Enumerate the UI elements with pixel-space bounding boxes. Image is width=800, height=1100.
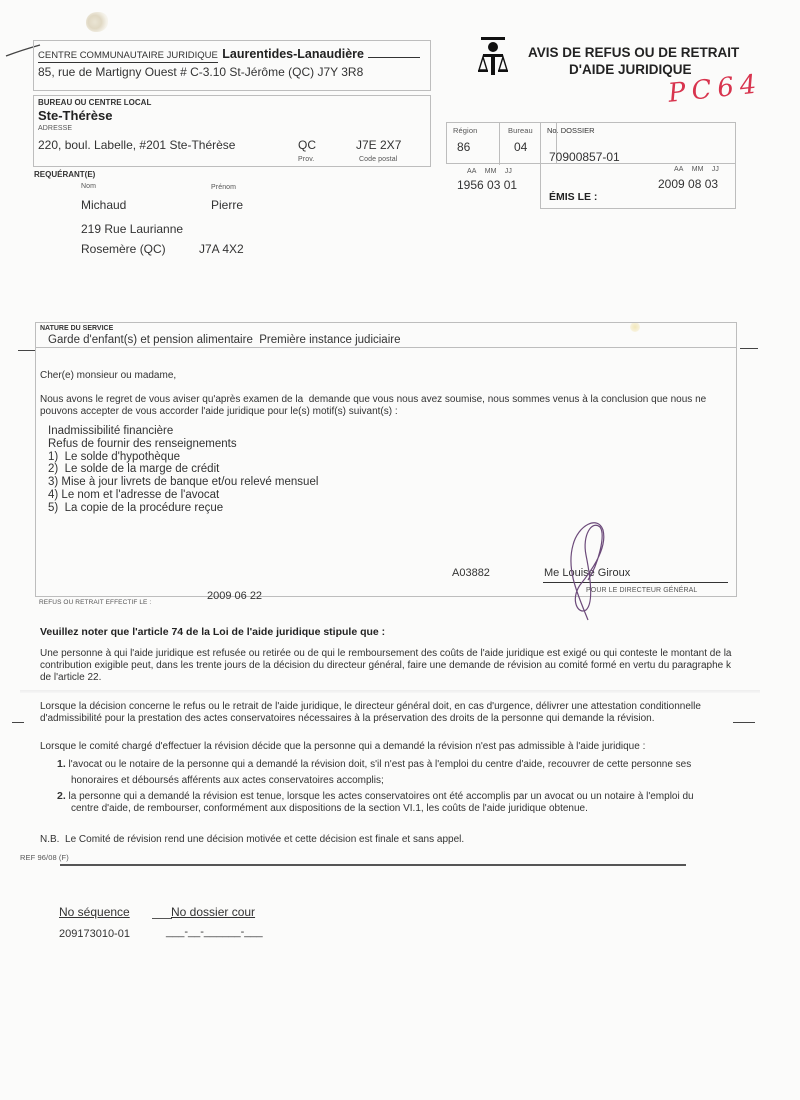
article-item-1: 1. l'avocat ou le notaire de la personne… — [57, 758, 691, 787]
fold-mark — [18, 350, 36, 351]
salutation: Cher(e) monsieur ou madame, — [40, 370, 176, 382]
centre-name: Laurentides-Lanaudière — [222, 47, 364, 61]
intro-line-2: pouvons accepter de vous accorder l'aide… — [40, 406, 398, 418]
bureau-label: BUREAU OU CENTRE LOCAL — [38, 98, 151, 107]
province-label: Prov. — [298, 156, 314, 163]
address-label: ADRESSE — [38, 125, 72, 132]
emis-date: 2009 08 03 — [658, 177, 718, 191]
dossier-box: No. DOSSIER 70900857-01 — [540, 122, 736, 164]
emis-label: ÉMIS LE : — [549, 191, 597, 203]
reason-item: 3) Mise à jour livrets de banque et/ou r… — [48, 476, 318, 489]
centre-address: 85, rue de Martigny Ouest # C-3.10 St-Jé… — [38, 65, 363, 79]
postal-code-label: Code postal — [359, 156, 397, 163]
sequence-label: No séquence — [59, 905, 130, 919]
fold-mark — [12, 722, 24, 723]
reason-item: 2) Le solde de la marge de crédit — [48, 463, 318, 476]
bureau-postal-code: J7E 2X7 — [356, 138, 401, 152]
article-paragraph-1: Une personne à qui l'aide juridique est … — [40, 648, 731, 684]
requerant-address: 219 Rue Laurianne — [81, 222, 183, 236]
reason-item: 5) La copie de la procédure reçue — [48, 502, 318, 515]
emis-box: AA MM JJ 2009 08 03 ÉMIS LE : — [540, 163, 736, 209]
reason-item: 4) Le nom et l'adresse de l'avocat — [48, 489, 318, 502]
birth-date: 1956 03 01 — [457, 178, 517, 192]
reason-item: Inadmissibilité financière — [48, 425, 318, 438]
requerant-city: Rosemère (QC) — [81, 242, 166, 256]
prenom-label: Prénom — [211, 184, 236, 191]
underline-gap — [152, 918, 172, 919]
nom-label: Nom — [81, 183, 96, 190]
fold-mark — [733, 722, 755, 723]
form-reference: REF 96/08 (F) — [20, 853, 69, 862]
requerant-label: REQUÉRANT(E) — [34, 170, 95, 179]
reason-item: 1) Le solde d'hypothèque — [48, 451, 318, 464]
intro-line-1: Nous avons le regret de vous aviser qu'a… — [40, 394, 706, 406]
requerant-postal-code: J7A 4X2 — [199, 242, 244, 256]
service-label: NATURE DU SERVICE — [40, 325, 113, 332]
requerant-nom: Michaud — [81, 198, 126, 212]
title-line-1: AVIS DE REFUS OU DE RETRAIT — [528, 44, 758, 61]
bureau-province: QC — [298, 138, 316, 152]
signature-scribble — [558, 515, 618, 625]
bureau-code-value: 04 — [514, 140, 527, 154]
bureau-address: 220, boul. Labelle, #201 Ste-Thérèse — [38, 138, 235, 152]
birth-date-labels: AA MM JJ — [467, 168, 512, 175]
court-file-number: ___-__-______-___ — [166, 926, 263, 938]
effective-label: REFUS OU RETRAIT EFFECTIF LE : — [39, 599, 151, 606]
region-label: Région — [453, 126, 477, 135]
court-file-label: No dossier cour — [171, 905, 255, 919]
sequence-number: 209173010-01 — [59, 928, 130, 940]
justice-scales-icon — [478, 37, 508, 77]
centre-box: CENTRE COMMUNAUTAIRE JURIDIQUE Laurentid… — [33, 40, 431, 91]
agent-code: A03882 — [452, 567, 490, 579]
article-heading: Veuillez noter que l'article 74 de la Lo… — [40, 626, 385, 638]
service-value: Garde d'enfant(s) et pension alimentaire… — [48, 334, 401, 346]
service-box: NATURE DU SERVICE Garde d'enfant(s) et p… — [35, 322, 737, 347]
paper-stain — [86, 12, 108, 32]
bureau-name: Ste-Thérèse — [38, 108, 112, 123]
reason-list: Inadmissibilité financière Refus de four… — [48, 425, 318, 515]
article-item-2: 2. la personne qui a demandé la révision… — [57, 790, 694, 815]
dossier-number: 70900857-01 — [549, 150, 620, 164]
requerant-prenom: Pierre — [211, 198, 243, 212]
article-paragraph-2: Lorsque la décision concerne le refus ou… — [40, 701, 701, 725]
reason-item: Refus de fournir des renseignements — [48, 438, 318, 451]
fold-mark — [740, 348, 758, 349]
dossier-label: No. DOSSIER — [547, 126, 595, 135]
region-value: 86 — [457, 140, 470, 154]
bureau-box: BUREAU OU CENTRE LOCAL Ste-Thérèse ADRES… — [33, 95, 431, 167]
centre-header: CENTRE COMMUNAUTAIRE JURIDIQUE Laurentid… — [38, 45, 420, 63]
centre-label: CENTRE COMMUNAUTAIRE JURIDIQUE — [38, 50, 218, 63]
article-paragraph-3: Lorsque le comité chargé d'effectuer la … — [40, 741, 645, 753]
emis-date-labels: AA MM JJ — [674, 166, 719, 173]
fold-crease — [20, 690, 760, 693]
letter-box: Cher(e) monsieur ou madame, Nous avons l… — [35, 347, 737, 597]
bureau-code-label: Bureau — [508, 126, 533, 135]
footer-rule — [60, 864, 686, 866]
effective-date: 2009 06 22 — [207, 590, 262, 602]
nb-note: N.B. Le Comité de révision rend une déci… — [40, 834, 464, 846]
